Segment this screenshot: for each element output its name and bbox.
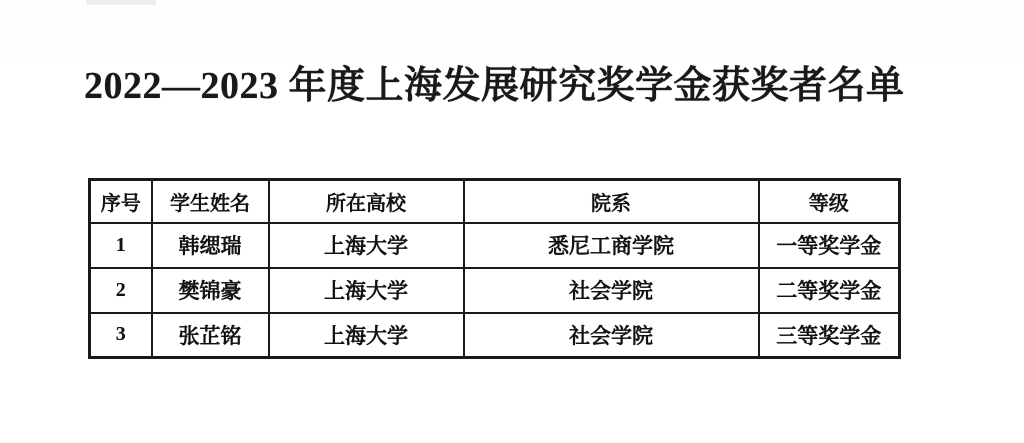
cell-university: 上海大学	[269, 313, 464, 358]
cell-university: 上海大学	[269, 268, 464, 313]
column-header-university: 所在高校	[269, 180, 464, 223]
cell-no: 3	[90, 313, 152, 358]
column-header-no: 序号	[90, 180, 152, 223]
cell-department: 社会学院	[464, 268, 759, 313]
table-row: 1韩缌瑞上海大学悉尼工商学院一等奖学金	[90, 223, 900, 268]
column-header-level: 等级	[759, 180, 900, 223]
cell-no: 1	[90, 223, 152, 268]
cell-level: 一等奖学金	[759, 223, 900, 268]
cell-level: 三等奖学金	[759, 313, 900, 358]
cell-level: 二等奖学金	[759, 268, 900, 313]
table-row: 2樊锦豪上海大学社会学院二等奖学金	[90, 268, 900, 313]
cell-department: 悉尼工商学院	[464, 223, 759, 268]
cell-no: 2	[90, 268, 152, 313]
document-title: 2022—2023 年度上海发展研究奖学金获奖者名单	[84, 54, 904, 109]
cell-university: 上海大学	[269, 223, 464, 268]
cell-name: 樊锦豪	[152, 268, 269, 313]
table-header-row: 序号学生姓名所在高校院系等级	[90, 180, 900, 223]
table-body: 1韩缌瑞上海大学悉尼工商学院一等奖学金2樊锦豪上海大学社会学院二等奖学金3张芷铭…	[90, 223, 900, 358]
cell-name: 韩缌瑞	[152, 223, 269, 268]
column-header-department: 院系	[464, 180, 759, 223]
scan-smudge	[86, 0, 156, 5]
scanned-document: 2022—2023 年度上海发展研究奖学金获奖者名单 序号学生姓名所在高校院系等…	[0, 0, 1024, 443]
cell-department: 社会学院	[464, 313, 759, 358]
awardees-table: 序号学生姓名所在高校院系等级 1韩缌瑞上海大学悉尼工商学院一等奖学金2樊锦豪上海…	[88, 178, 901, 359]
column-header-name: 学生姓名	[152, 180, 269, 223]
table-row: 3张芷铭上海大学社会学院三等奖学金	[90, 313, 900, 358]
cell-name: 张芷铭	[152, 313, 269, 358]
